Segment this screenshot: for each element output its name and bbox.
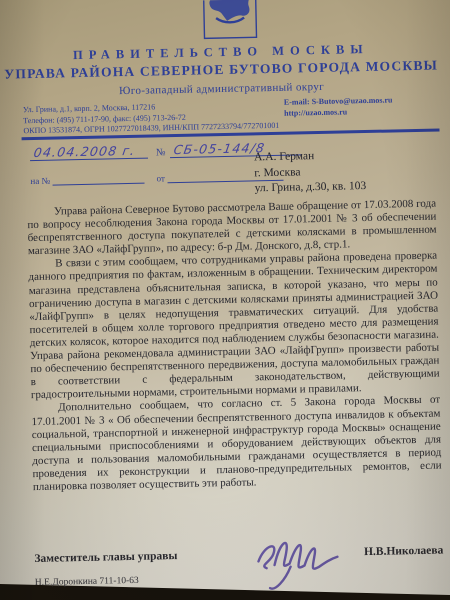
- reply-number-blank: [52, 174, 144, 186]
- executor-line: Н.Е.Доронкина 711-10-63: [35, 576, 139, 588]
- paragraph-3: Дополнительно сообщаем, что согласно ст.…: [31, 394, 442, 494]
- signer-name: Н.В.Николаева: [364, 544, 444, 558]
- handwritten-number: СБ-05-144/8: [168, 140, 266, 157]
- number-sign-label: №: [156, 147, 166, 158]
- handwritten-date: 04.04.2008 г.: [29, 143, 137, 160]
- reply-reference-line: на № от: [30, 171, 283, 186]
- contact-web-block: E-mail: S-Butovo@uzao.mos.ru http://uzao…: [284, 94, 393, 118]
- signature-row: Заместитель главы управы Н.В.Николаева: [34, 544, 443, 565]
- contact-block: Ул. Грина, д.1, корп. 2, Москва, 117216 …: [23, 100, 280, 137]
- recipient-address: ул. Грина, д.30, кв. 103: [255, 179, 367, 197]
- signer-title: Заместитель главы управы: [34, 550, 177, 565]
- contact-website: http://uzao.mos.ru: [284, 105, 393, 118]
- paragraph-2: В связи с этим сообщаем, что сотрудникам…: [28, 250, 440, 403]
- letter-content: ПРАВИТЕЛЬСТВО МОСКВЫ УПРАВА РАЙОНА СЕВЕР…: [0, 0, 450, 600]
- paragraph-1: Управа района Северное Бутово рассмотрел…: [27, 198, 437, 259]
- letter-body: Управа района Северное Бутово рассмотрел…: [27, 198, 442, 495]
- moscow-emblem-icon: [198, 0, 263, 45]
- reply-na-label: на №: [30, 176, 50, 186]
- recipient-block: А.А. Герман г. Москва ул. Грина, д.30, к…: [254, 148, 367, 197]
- reply-ot-label: от: [156, 173, 165, 183]
- date-field: 04.04.2008 г.: [30, 143, 148, 161]
